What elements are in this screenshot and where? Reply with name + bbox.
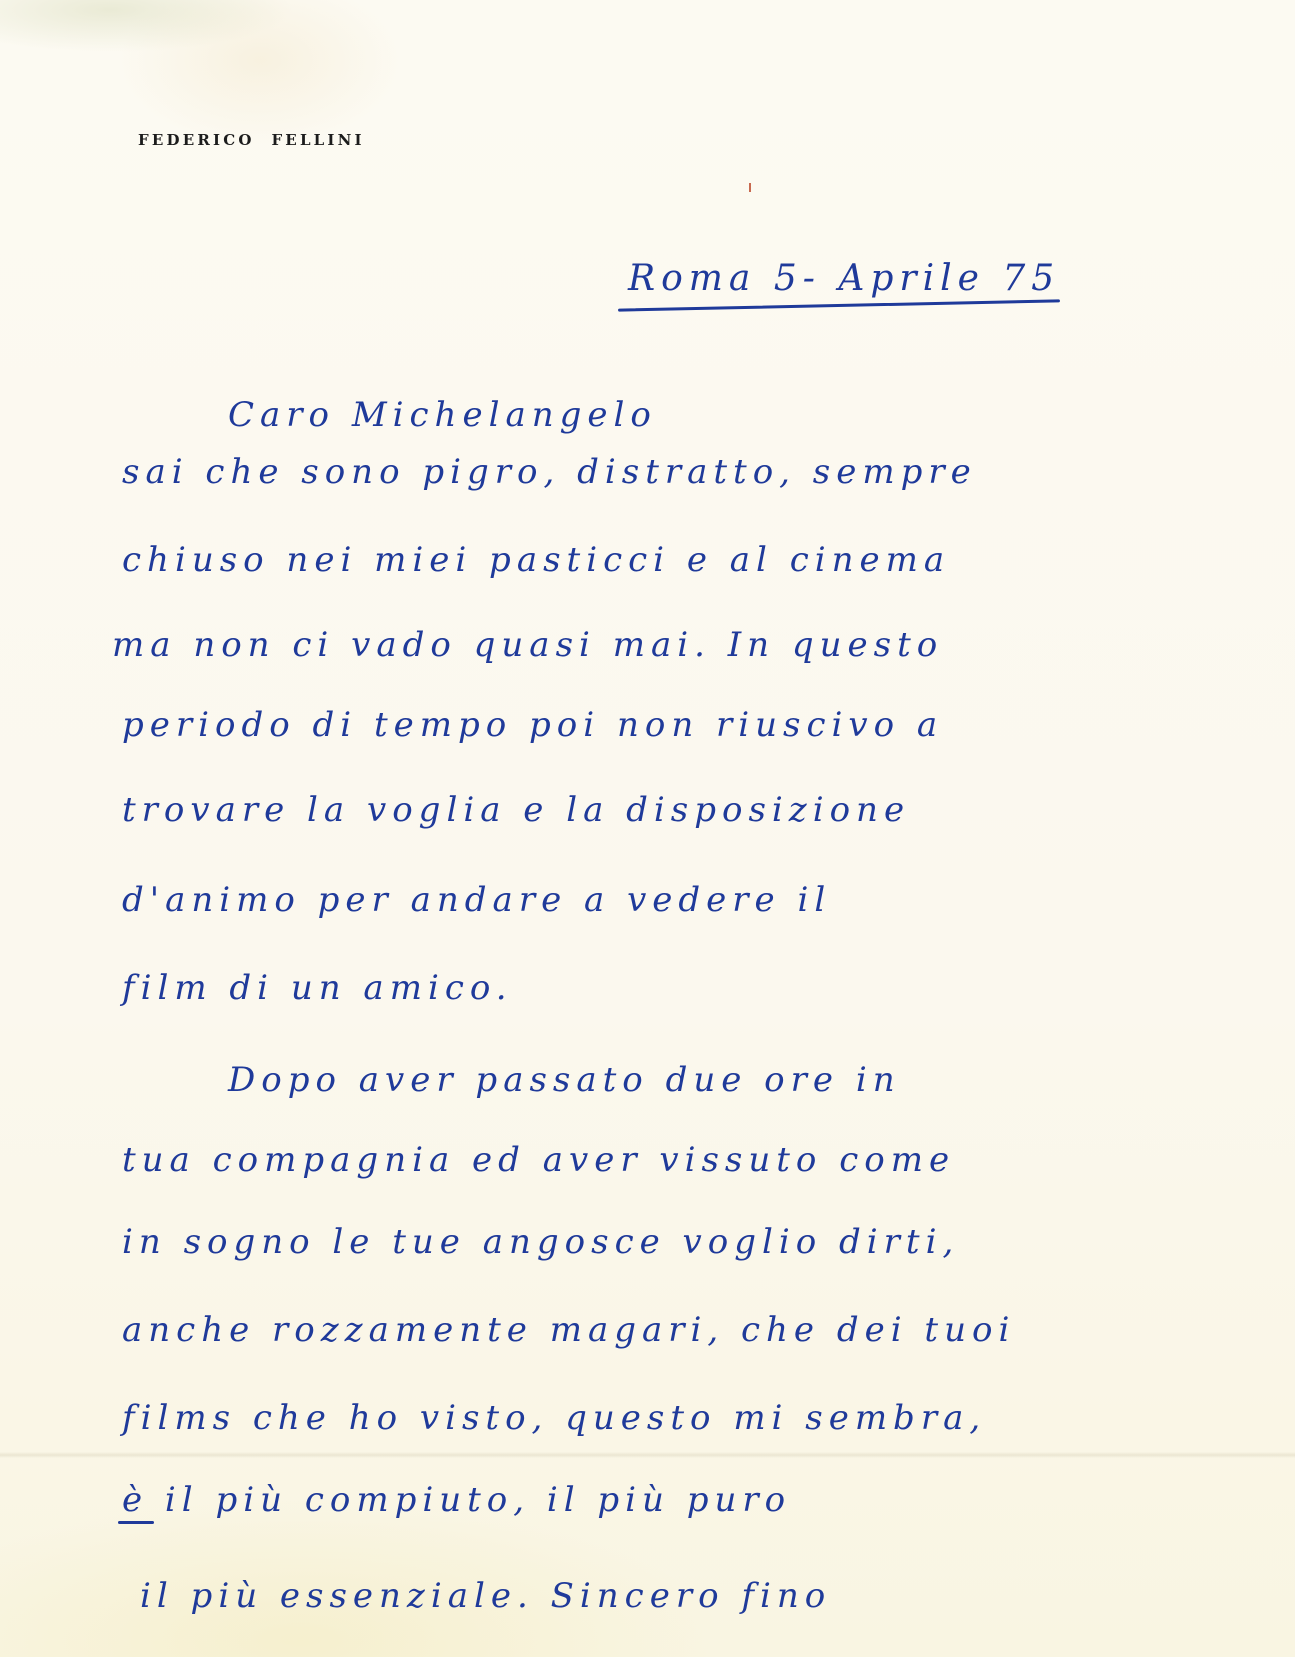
body-line-14: il più essenziale. Sincero fino <box>140 1576 831 1616</box>
body-line-2: chiuso nei miei pasticci e al cinema <box>122 540 950 580</box>
red-ink-mark <box>749 183 751 192</box>
letterhead: FEDERICO FELLINI <box>138 131 365 149</box>
body-line-8: Dopo aver passato due ore in <box>228 1060 901 1100</box>
body-line-3: ma non ci vado quasi mai. In questo <box>112 625 943 665</box>
body-line-4: periodo di tempo poi non riuscivo a <box>122 705 943 745</box>
accent-e-underline <box>118 1521 154 1524</box>
body-line-11: anche rozzamente magari, che dei tuoi <box>122 1310 1015 1350</box>
body-line-5: trovare la voglia e la disposizione <box>122 790 910 830</box>
body-line-7: film di un amico. <box>122 968 513 1008</box>
body-line-6: d'animo per andare a vedere il <box>122 880 831 920</box>
place-date: Roma 5- Aprile 75 <box>628 258 1060 299</box>
body-line-1: sai che sono pigro, distratto, sempre <box>122 452 977 492</box>
body-line-12: films che ho visto, questo mi sembra, <box>122 1398 986 1438</box>
paper-fold-line <box>0 1452 1295 1458</box>
body-line-13: è il più compiuto, il più puro <box>122 1480 791 1520</box>
body-line-10: in sogno le tue angosce voglio dirti, <box>122 1222 959 1262</box>
salutation: Caro Michelangelo <box>228 395 657 435</box>
body-line-9: tua compagnia ed aver vissuto come <box>122 1140 955 1180</box>
